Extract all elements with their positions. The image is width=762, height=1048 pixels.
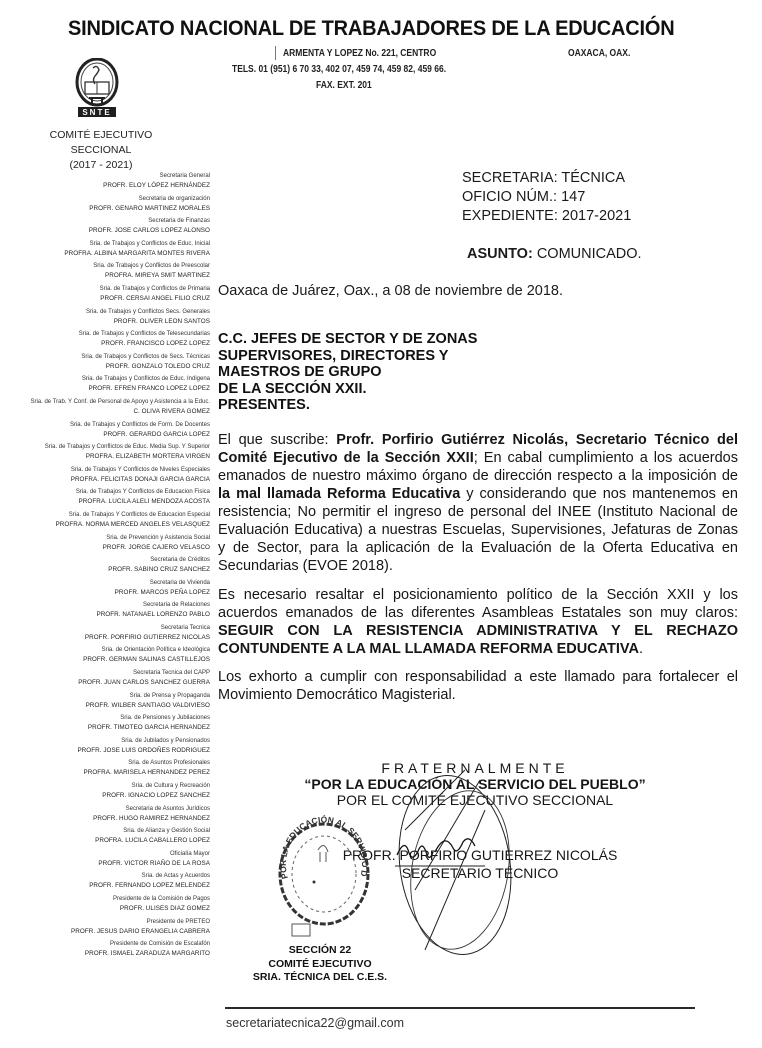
signer-name: PROFR. PORFIRIO GUTIERREZ NICOLÁS [340,846,620,864]
committee-member: Secretaria de organizaciónPROFR. GENARO … [30,195,210,213]
member-role: Secretaria Tecnica [30,624,210,633]
committee-name: COMITÉ EJECUTIVO SECCIONAL [34,128,168,158]
committee-member: Sria. de Trabajos Y Conflictos de Nivele… [30,466,210,484]
reference-block: SECRETARIA: TÉCNICA OFICIO NÚM.: 147 EXP… [462,169,631,226]
member-name: PROFR. JOSE LUIS ORDOÑES RODRIGUEZ [30,746,210,755]
committee-member: Sria. de Cultura y RecreaciónPROFR. IGNA… [30,782,210,800]
committee-member: Presidente de PRETEOPROFR. JESUS DARIO E… [30,918,210,936]
signer-title: SECRETARIO TÉCNICO [340,864,620,882]
member-role: Presidente de PRETEO [30,918,210,927]
svg-text:POR LA EDUCACIÓN AL SERVICIO D: POR LA EDUCACIÓN AL SERVICIO DEL PUEBLO [271,804,370,880]
member-name: PROFRA. MIREYA SMIT MARTINEZ [30,271,210,280]
committee-member: Secretaria de ViviendaPROFR. MARCOS PEÑA… [30,579,210,597]
committee-member: Sria. de Asuntos ProfesionalesPROFRA. MA… [30,759,210,777]
member-name: PROFR. JESUS DARIO ERANGELIA CABRERA [30,927,210,936]
member-name: PROFRA. FELICITAS DONAJI GARCIA GARCIA [30,475,210,484]
text-run: El que suscribe: [218,432,336,448]
member-name: PROFRA. ALBINA MARGARITA MONTES RIVERA [30,249,210,258]
member-name: C. OLIVA RIVERA GOMEZ [30,407,210,416]
oficio-number: OFICIO NÚM.: 147 [462,188,631,207]
snte-logo-icon: SNTE [75,58,119,120]
committee-member: Sria. de Prevención y Asistencia SocialP… [30,534,210,552]
member-name: PROFR. GENARO MARTINEZ MORALES [30,204,210,213]
member-name: PROFRA. ELIZABETH MORTERA VIRGEN [30,452,210,461]
member-name: PROFRA. NORMA MERCED ANGELES VELASQUEZ [30,520,210,529]
contact-email[interactable]: secretariatecnica22@gmail.com [226,1016,404,1030]
committee-member: Sria. de Trabajos y Conflictos Secs. Gen… [30,308,210,326]
member-role: Secretaria de Relaciones [30,601,210,610]
committee-member: Sria. de Trabajos y Conflictos de Secs. … [30,353,210,371]
member-role: Sria. de Cultura y Recreación [30,782,210,791]
member-role: Sria. de Trabajos Y Conflictos de Educac… [30,511,210,520]
committee-member: Oficialía MayorPROFR. VICTOR RIAÑO DE LA… [30,850,210,868]
member-name: PROFR. GERARDO GARCIA LOPEZ [30,430,210,439]
recipients-block: C.C. JEFES DE SECTOR Y DE ZONAS SUPERVIS… [218,331,477,414]
committee-member: Sria. de Trabajos y Conflictos de Educ. … [30,240,210,258]
member-name: PROFR. ELOY LÓPEZ HERNÁNDEZ [30,181,210,190]
text-run: . [639,641,643,657]
member-role: Sria. de Trab. Y Conf. de Personal de Ap… [30,398,210,407]
member-name: PROFR. FRANCISCO LOPEZ LOPEZ [30,339,210,348]
member-name: PROFR. GERMAN SALINAS CASTILLEJOS [30,655,210,664]
member-role: Sria. de Prensa y Propaganda [30,692,210,701]
committee-member: Sria. de Prensa y PropagandaPROFR. WILBE… [30,692,210,710]
member-role: Sria. de Trabajos y Conflictos de Telese… [30,330,210,339]
committee-member: Sria. de Trabajos y Conflictos de Telese… [30,330,210,348]
member-name: PROFR. SABINO CRUZ SANCHEZ [30,565,210,574]
member-name: PROFR. ISMAEL ZARADUZA MARGARITO [30,949,210,958]
recipient-line: MAESTROS DE GRUPO [218,364,477,381]
committee-member: Sria. de Trabajos Y Conflictos de Educac… [30,511,210,529]
member-name: PROFR. VICTOR RIAÑO DE LA ROSA [30,859,210,868]
member-name: PROFRA. MARISELA HERNANDEZ PEREZ [30,768,210,777]
committee-caption: COMITÉ EJECUTIVO SECCIONAL (2017 - 2021) [34,128,168,174]
member-role: Sria. de Trabajos y Conflictos Secs. Gen… [30,308,210,317]
body-paragraph-2: Es necesario resaltar el posicionamiento… [218,586,738,658]
committee-member: Secretaria Tecnica del CAPPPROFR. JUAN C… [30,669,210,687]
stamp-section: SECCIÓN 22 [245,944,395,958]
stamp-office: SRIA. TÉCNICA DEL C.E.S. [245,971,395,985]
bold-run: SEGUIR CON LA RESISTENCIA ADMINISTRATIVA… [218,623,738,657]
member-name: PROFR. IGNACIO LOPEZ SANCHEZ [30,791,210,800]
member-name: PROFR. FERNANDO LOPEZ MELENDEZ [30,881,210,890]
member-name: PROFR. GONZALO TOLEDO CRUZ [30,362,210,371]
expediente-line: EXPEDIENTE: 2017-2021 [462,207,631,226]
date-line: Oaxaca de Juárez, Oax., a 08 de noviembr… [218,283,563,299]
city-line: OAXACA, OAX. [568,48,630,59]
recipient-line: PRESENTES. [218,397,477,414]
member-name: PROFR. MARCOS PEÑA LOPEZ [30,588,210,597]
recipient-line: DE LA SECCIÓN XXII. [218,381,477,398]
secretaria-line: SECRETARIA: TÉCNICA [462,169,631,188]
phones-line: TELS. 01 (951) 6 70 33, 402 07, 459 74, … [232,64,446,75]
committee-member: Sria. de Trab. Y Conf. de Personal de Ap… [30,398,210,416]
member-role: Sria. de Jubilados y Pensionados [30,737,210,746]
organization-title: SINDICATO NACIONAL DE TRABAJADORES DE LA… [68,16,663,41]
committee-member: Secretaria GeneralPROFR. ELOY LÓPEZ HERN… [30,172,210,190]
bold-run: la mal llamada Reforma Educativa [218,486,460,502]
member-name: PROFR. TIMOTEO GARCIA HERNANDEZ [30,723,210,732]
committee-member: Secretaria de CréditosPROFR. SABINO CRUZ… [30,556,210,574]
committee-member: Sria. de Jubilados y PensionadosPROFR. J… [30,737,210,755]
member-name: PROFR. HUGO RAMIREZ HERNANDEZ [30,814,210,823]
committee-member: Sria. de Alianza y Gestión SocialPROFRA.… [30,827,210,845]
stamp-caption: SECCIÓN 22 COMITÉ EJECUTIVO SRIA. TÉCNIC… [245,944,395,985]
official-seal-icon: POR LA EDUCACIÓN AL SERVICIO DEL PUEBLO [274,812,374,942]
member-role: Secretaria de Créditos [30,556,210,565]
member-name: PROFR. NATANAEL LORENZO PABLO [30,610,210,619]
member-role: Sria. de Trabajos y Conflictos de Form. … [30,421,210,430]
committee-member: Secretaria TecnicaPROFR. PORFIRIO GUTIER… [30,624,210,642]
header-mark [275,46,276,60]
subject-line: ASUNTO: COMUNICADO. [467,246,642,262]
committee-member: Secretaria de RelacionesPROFR. NATANAEL … [30,601,210,619]
member-name: PROFR. OLIVER LEON SANTOS [30,317,210,326]
member-name: PROFR. EFREN FRANCO LOPEZ LOPEZ [30,384,210,393]
member-role: Sria. de Trabajos y Conflictos de Preesc… [30,262,210,271]
member-name: PROFR. JOSE CARLOS LOPEZ ALONSO [30,226,210,235]
member-name: PROFR. ULISES DIAZ GOMEZ [30,904,210,913]
member-name: PROFRA. LUCILA ALELI MENDOZA ACOSTA [30,497,210,506]
stamp-committee: COMITÉ EJECUTIVO [245,958,395,972]
member-role: Sria. de Orientación Política e Ideológi… [30,646,210,655]
member-role: Sria. de Trabajos Y Conflictos de Educac… [30,488,210,497]
committee-member-list: Secretaria GeneralPROFR. ELOY LÓPEZ HERN… [30,172,210,963]
member-role: Sria. de Actas y Acuerdos [30,872,210,881]
committee-member: Sria. de Actas y AcuerdosPROFR. FERNANDO… [30,872,210,890]
committee-member: Sria. de Trabajos y Conflictos de Form. … [30,421,210,439]
member-role: Sria. de Trabajos y Conflictos de Educ. … [30,375,210,384]
member-role: Oficialía Mayor [30,850,210,859]
address-line: ARMENTA Y LOPEZ No. 221, CENTRO [283,48,436,59]
member-name: PROFR. WILBER SANTIAGO VALDIVIESO [30,701,210,710]
svg-text:SNTE: SNTE [82,108,111,117]
member-role: Sria. de Trabajos y Conflictos de Educ. … [30,240,210,249]
member-role: Sria. de Trabajos Y Conflictos de Nivele… [30,466,210,475]
member-role: Sria. de Asuntos Profesionales [30,759,210,768]
footer-divider [225,1007,695,1009]
subject-label: ASUNTO: [467,246,533,262]
signer-block: PROFR. PORFIRIO GUTIERREZ NICOLÁS SECRET… [340,846,620,882]
committee-member: Sria. de Trabajos y Conflictos de Primar… [30,285,210,303]
subject-value: COMUNICADO. [533,246,642,262]
member-role: Sria. de Pensiones y Jubilaciones [30,714,210,723]
member-role: Sria. de Trabajos y Conflictos de Primar… [30,285,210,294]
member-role: Sria. de Trabajos y Conflictos de Secs. … [30,353,210,362]
committee-member: Sria. de Trabajos y Conflictos de Educ. … [30,443,210,461]
body-paragraph-3: Los exhorto a cumplir con responsabilida… [218,668,738,704]
member-role: Secretaria General [30,172,210,181]
fax-line: FAX. EXT. 201 [316,80,372,91]
recipient-line: SUPERVISORES, DIRECTORES Y [218,348,477,365]
member-role: Secretaria Tecnica del CAPP [30,669,210,678]
committee-member: Secretaria de Asuntos JurídicosPROFR. HU… [30,805,210,823]
member-role: Secretaria de organización [30,195,210,204]
member-name: PROFR. CERSAI ANGEL FILIO CRUZ [30,294,210,303]
member-role: Secretaria de Asuntos Jurídicos [30,805,210,814]
member-role: Presidente de la Comisión de Pagos [30,895,210,904]
member-role: Secretaria de Vivienda [30,579,210,588]
committee-member: Sria. de Orientación Política e Ideológi… [30,646,210,664]
member-name: PROFRA. LUCILA CABALLERO LOPEZ [30,836,210,845]
committee-member: Sria. de Pensiones y JubilacionesPROFR. … [30,714,210,732]
committee-member: Secretaria de FinanzasPROFR. JOSE CARLOS… [30,217,210,235]
body-paragraph-1: El que suscribe: Profr. Porfirio Gutiérr… [218,431,738,575]
member-role: Presidente de Comisión de Escalafón [30,940,210,949]
member-role: Sria. de Trabajos y Conflictos de Educ. … [30,443,210,452]
member-name: PROFR. JORGE CAJERO VELASCO [30,543,210,552]
committee-member: Sria. de Trabajos Y Conflictos de Educac… [30,488,210,506]
recipient-line: C.C. JEFES DE SECTOR Y DE ZONAS [218,331,477,348]
member-role: Sria. de Alianza y Gestión Social [30,827,210,836]
committee-member: Presidente de la Comisión de PagosPROFR.… [30,895,210,913]
member-name: PROFR. PORFIRIO GUTIERREZ NICOLAS [30,633,210,642]
member-role: Secretaria de Finanzas [30,217,210,226]
committee-member: Sria. de Trabajos y Conflictos de Educ. … [30,375,210,393]
committee-member: Presidente de Comisión de EscalafónPROFR… [30,940,210,958]
text-run: Es necesario resaltar el posicionamiento… [218,587,738,621]
member-role: Sria. de Prevención y Asistencia Social [30,534,210,543]
committee-member: Sria. de Trabajos y Conflictos de Preesc… [30,262,210,280]
member-name: PROFR. JUAN CARLOS SANCHEZ GUERRA [30,678,210,687]
